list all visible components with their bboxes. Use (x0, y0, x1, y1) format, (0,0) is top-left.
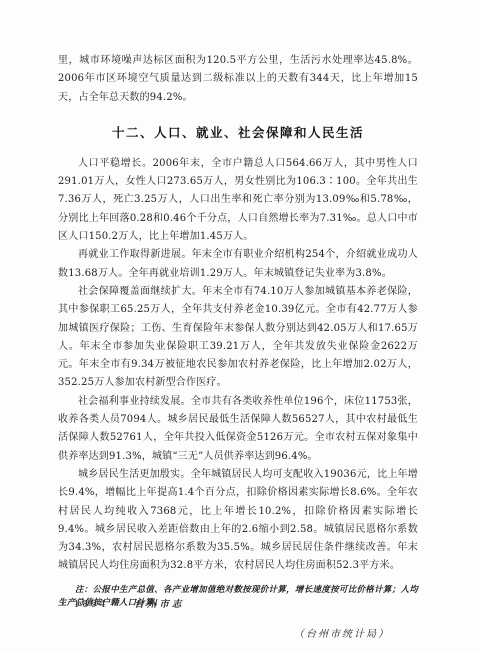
book-title: 台州市志 (134, 596, 184, 610)
section-heading: 十二、人口、就业、社会保障和人民生活 (58, 123, 418, 141)
body-paragraph-employment: 再就业工作取得新进展。年末全市有职业介绍机构254个，介绍就业成功人数13.68… (58, 246, 418, 283)
page-footer: · 1894 · 台州市志 (62, 596, 184, 610)
body-paragraph-social-welfare: 社会福利事业持续发展。全市共有各类收养性单位196个，床位11753张，收养各类… (58, 393, 418, 466)
continuation-paragraph: 里，城市环境噪声达标区面积为120.5平方公里，生活污水处理率达45.8%。20… (58, 52, 418, 107)
body-paragraph-living-standards: 城乡居民生活更加殷实。全年城镇居民人均可支配收入19036元，比上年增长9.4%… (58, 466, 418, 576)
page-content: 里，城市环境噪声达标区面积为120.5平方公里，生活污水处理率达45.8%。20… (58, 52, 418, 640)
body-paragraph-social-security: 社会保障覆盖面继续扩大。年末全市有74.10万人参加城镇基本养老保险，其中参保职… (58, 283, 418, 393)
attribution: （台州市统计局） (58, 625, 418, 640)
document-page: 里，城市环境噪声达标区面积为120.5平方公里，生活污水处理率达45.8%。20… (0, 0, 480, 651)
page-number: · 1894 · (62, 600, 120, 610)
body-paragraph-population: 人口平稳增长。2006年末，全市户籍总人口564.66万人，其中男性人口291.… (58, 155, 418, 246)
